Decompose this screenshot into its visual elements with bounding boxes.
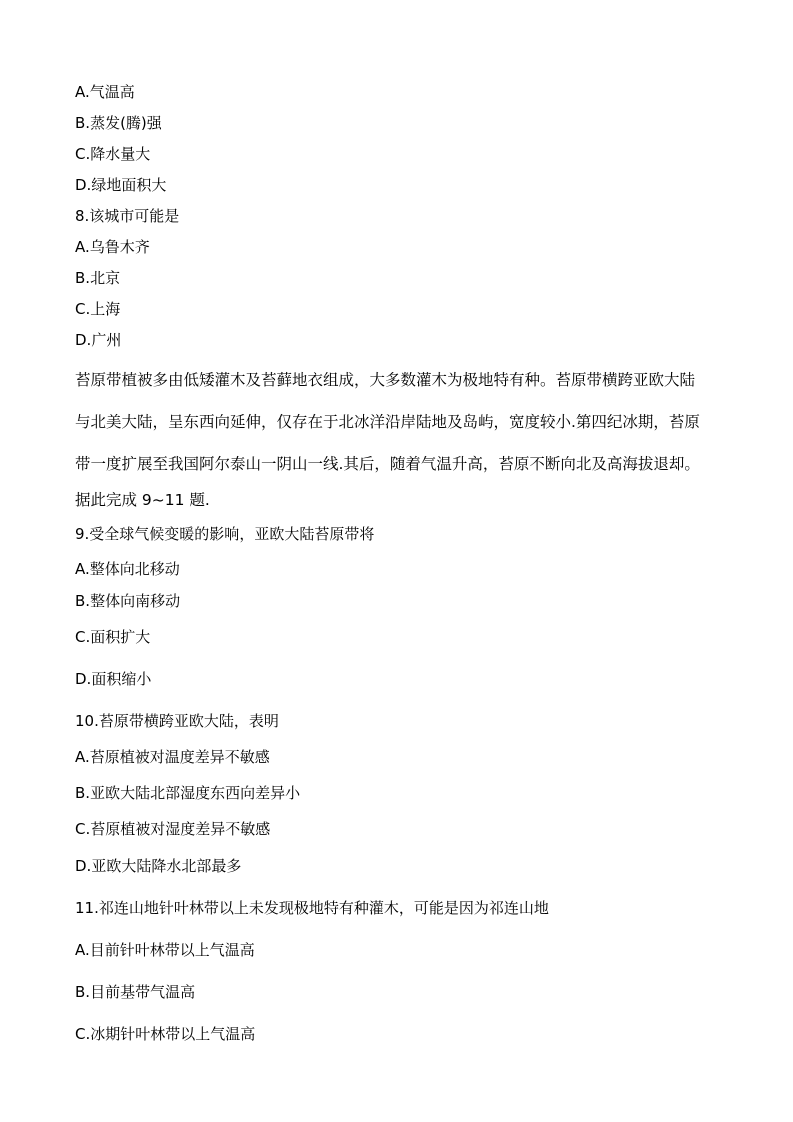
option-text: 上海 xyxy=(90,300,120,318)
q10-option-d: D.亚欧大陆降水北部最多 xyxy=(75,856,241,876)
q11-option-a: A.目前针叶林带以上气温高 xyxy=(75,940,255,960)
q7-option-b: B.蒸发(腾)强 xyxy=(75,113,162,133)
option-label: C. xyxy=(75,820,90,838)
q8-option-b: B.北京 xyxy=(75,268,120,288)
option-text: 气温高 xyxy=(90,83,135,101)
q11-option-b: B.目前基带气温高 xyxy=(75,982,195,1002)
option-label: C. xyxy=(75,628,90,646)
option-text: 苔原植被对湿度差异不敏感 xyxy=(90,820,270,838)
passage-line-1: 苔原带植被多由低矮灌木及苔藓地衣组成，大多数灌木为极地特有种。苔原带横跨亚欧大陆 xyxy=(75,368,720,390)
option-label: B. xyxy=(75,269,90,287)
q7-option-a: A.气温高 xyxy=(75,82,135,102)
option-text: 乌鲁木齐 xyxy=(90,238,150,256)
option-label: B. xyxy=(75,983,90,1001)
q10-option-c: C.苔原植被对湿度差异不敏感 xyxy=(75,819,270,839)
passage-line-3: 带一度扩展至我国阿尔泰山一阴山一线.其后，随着气温升高，苔原不断向北及高海拔退却… xyxy=(75,452,720,474)
q9-stem: 9.受全球气候变暖的影响，亚欧大陆苔原带将 xyxy=(75,524,374,544)
q9-option-a: A.整体向北移动 xyxy=(75,559,180,579)
option-text: 蒸发(腾)强 xyxy=(90,114,162,132)
q10-stem: 10.苔原带横跨亚欧大陆，表明 xyxy=(75,711,279,731)
option-text: 亚欧大陆降水北部最多 xyxy=(91,857,241,875)
q11-stem: 11.祁连山地针叶林带以上未发现极地特有种灌木，可能是因为祁连山地 xyxy=(75,898,549,918)
q10-option-a: A.苔原植被对温度差异不敏感 xyxy=(75,747,270,767)
q8-stem: 8.该城市可能是 xyxy=(75,206,179,226)
passage-line-2: 与北美大陆，呈东西向延伸，仅存在于北冰洋沿岸陆地及岛屿，宽度较小.第四纪冰期，苔… xyxy=(75,410,720,432)
q9-option-c: C.面积扩大 xyxy=(75,627,150,647)
q8-option-c: C.上海 xyxy=(75,299,120,319)
option-label: D. xyxy=(75,857,91,875)
q8-option-a: A.乌鲁木齐 xyxy=(75,237,150,257)
option-label: B. xyxy=(75,592,90,610)
option-label: B. xyxy=(75,784,90,802)
option-label: A. xyxy=(75,941,90,959)
option-text: 整体向南移动 xyxy=(90,592,180,610)
option-text: 面积扩大 xyxy=(90,628,150,646)
passage-line-4: 据此完成 9~11 题. xyxy=(75,488,720,510)
option-label: A. xyxy=(75,748,90,766)
option-text: 整体向北移动 xyxy=(90,560,180,578)
option-text: 亚欧大陆北部湿度东西向差异小 xyxy=(90,784,300,802)
option-label: B. xyxy=(75,114,90,132)
q7-option-c: C.降水量大 xyxy=(75,144,150,164)
q8-option-d: D.广州 xyxy=(75,330,121,350)
option-text: 目前基带气温高 xyxy=(90,983,195,1001)
q11-option-c: C.冰期针叶林带以上气温高 xyxy=(75,1024,255,1044)
option-label: D. xyxy=(75,176,91,194)
option-text: 面积缩小 xyxy=(91,670,151,688)
option-text: 苔原植被对温度差异不敏感 xyxy=(90,748,270,766)
option-label: C. xyxy=(75,300,90,318)
option-label: C. xyxy=(75,145,90,163)
option-label: A. xyxy=(75,560,90,578)
q7-option-d: D.绿地面积大 xyxy=(75,175,166,195)
option-text: 冰期针叶林带以上气温高 xyxy=(90,1025,255,1043)
option-label: A. xyxy=(75,238,90,256)
q9-option-d: D.面积缩小 xyxy=(75,669,151,689)
option-label: D. xyxy=(75,670,91,688)
option-label: C. xyxy=(75,1025,90,1043)
option-text: 绿地面积大 xyxy=(91,176,166,194)
q10-option-b: B.亚欧大陆北部湿度东西向差异小 xyxy=(75,783,300,803)
option-text: 广州 xyxy=(91,331,121,349)
option-label: D. xyxy=(75,331,91,349)
option-text: 目前针叶林带以上气温高 xyxy=(90,941,255,959)
q9-option-b: B.整体向南移动 xyxy=(75,591,180,611)
option-label: A. xyxy=(75,83,90,101)
option-text: 降水量大 xyxy=(90,145,150,163)
option-text: 北京 xyxy=(90,269,120,287)
